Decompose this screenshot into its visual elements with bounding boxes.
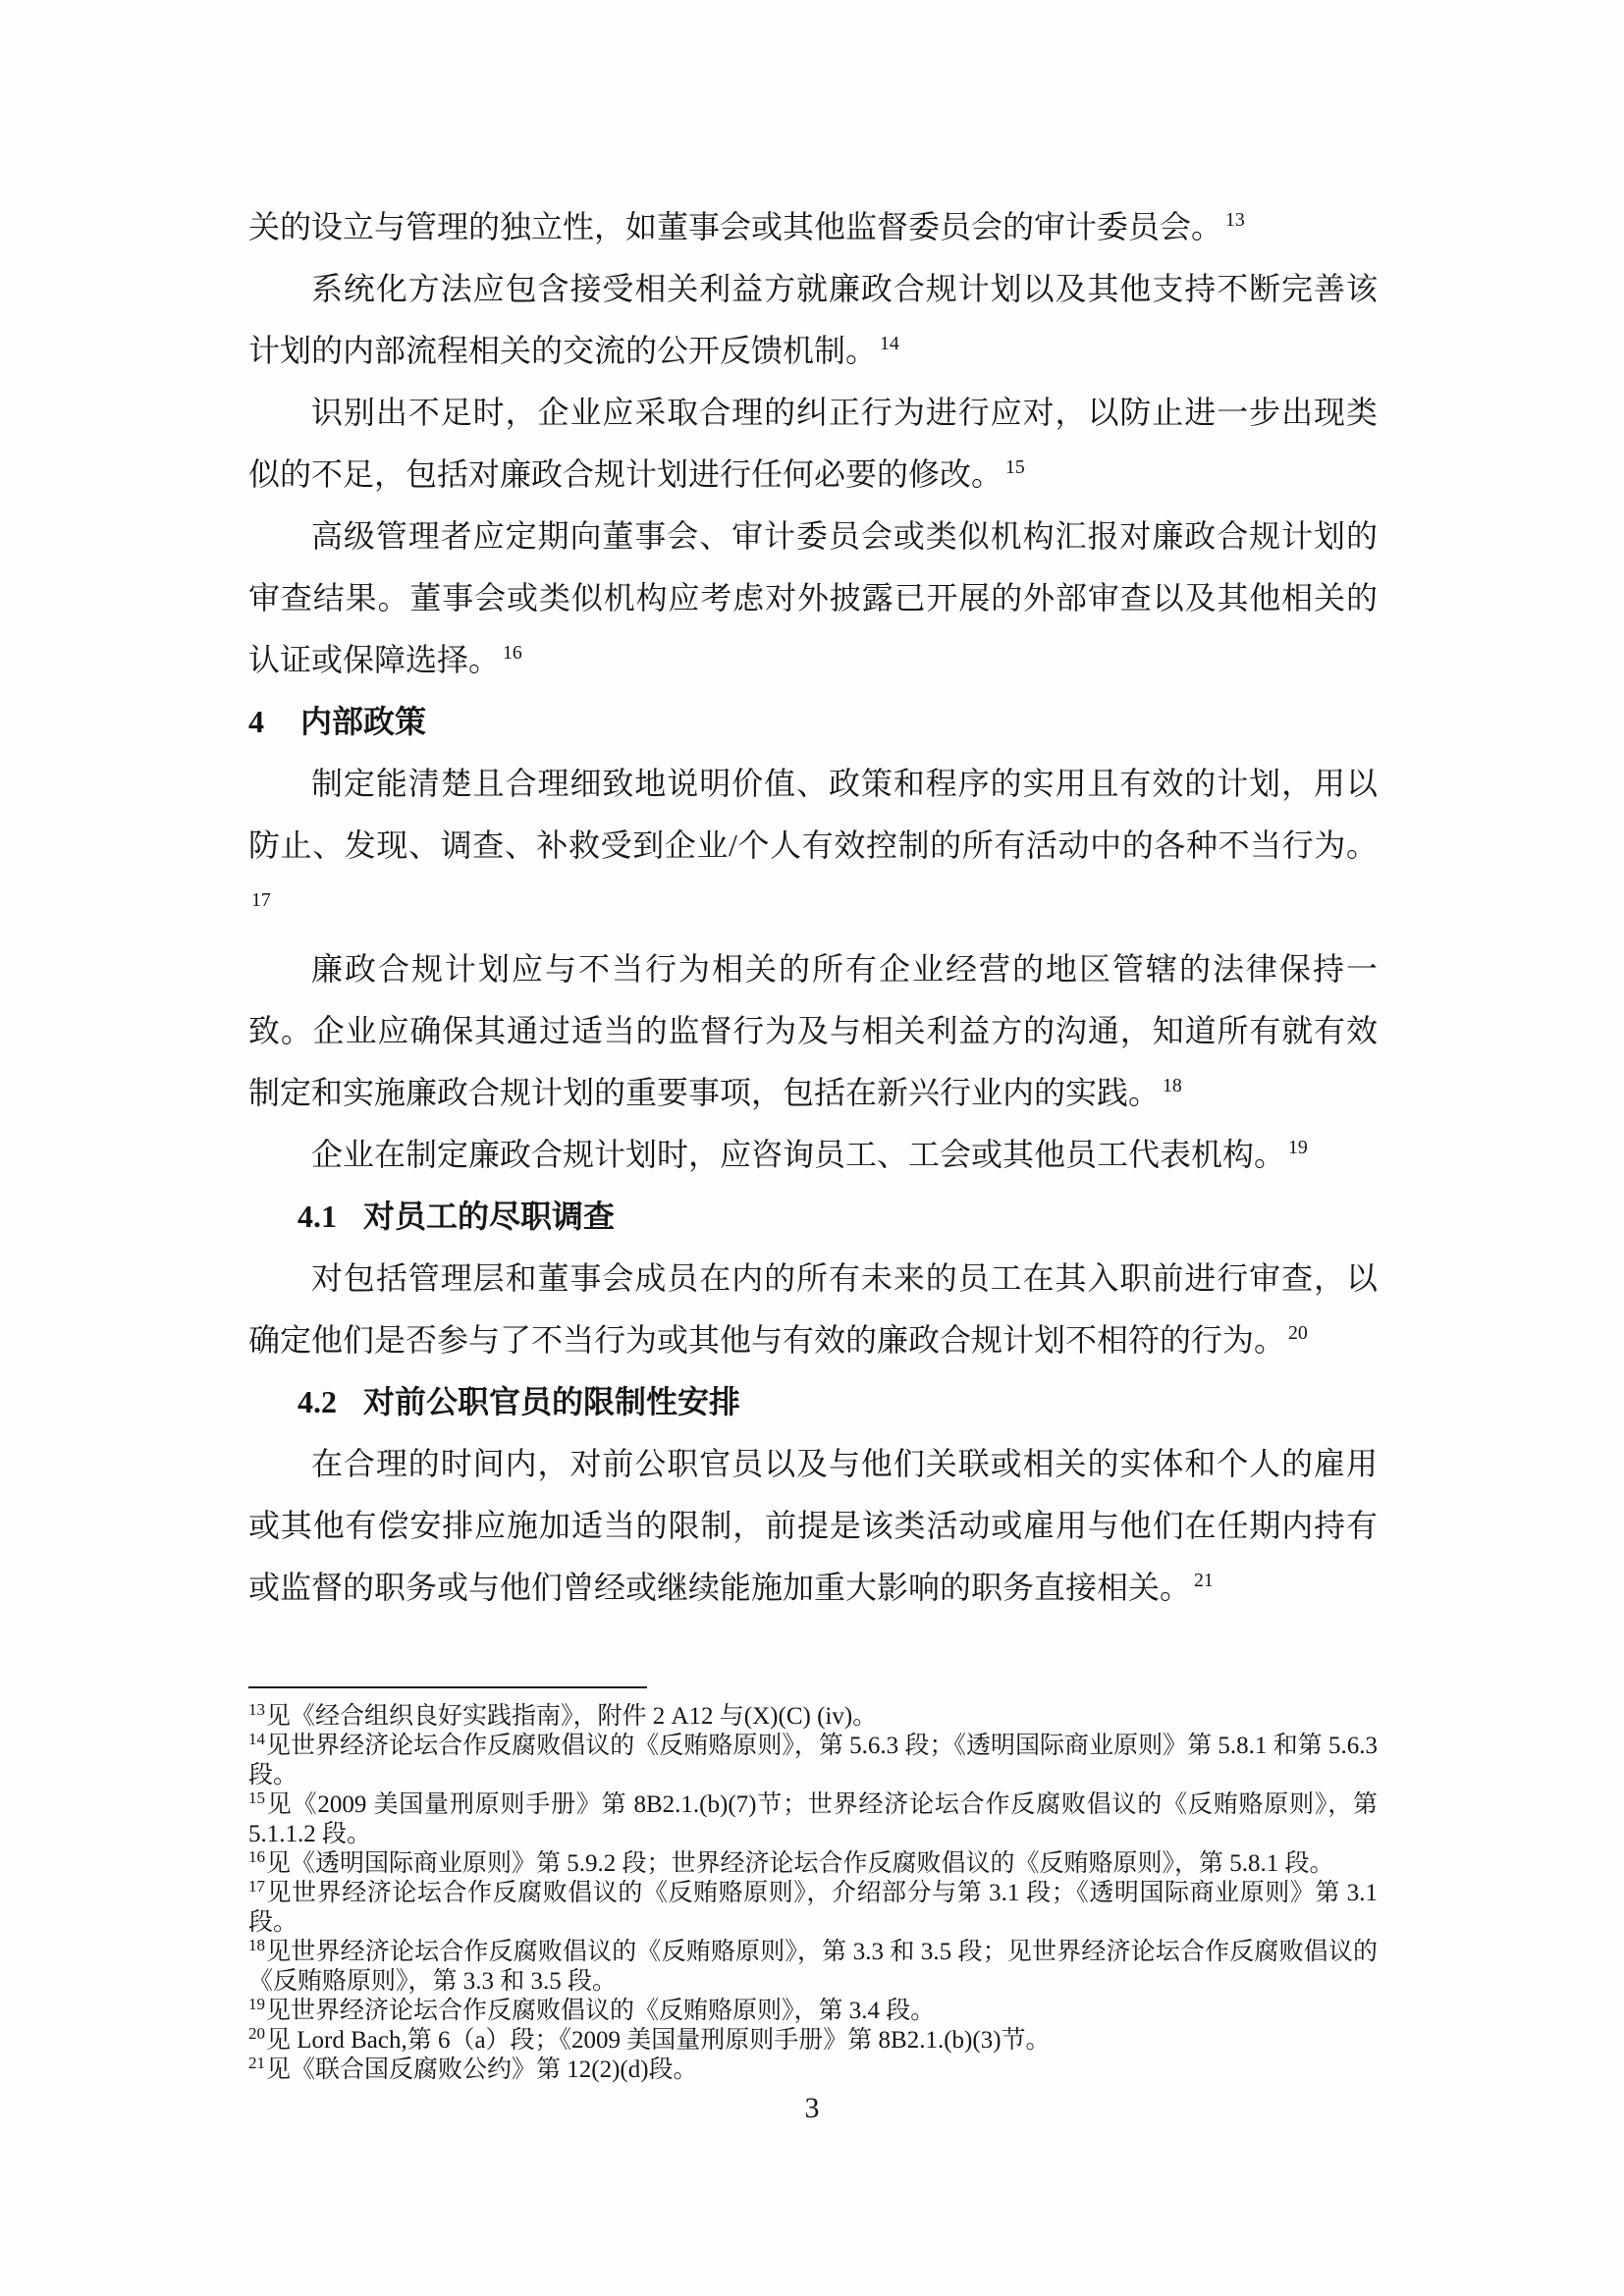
footnote-text: 见世界经济论坛合作反腐败倡议的《反贿赂原则》，第 3.3 和 3.5 段；见世界… bbox=[248, 1939, 1378, 1995]
footnote: 14见世界经济论坛合作反腐败倡议的《反贿赂原则》，第 5.6.3 段；《透明国际… bbox=[248, 1732, 1378, 1790]
footnote-ref: 13 bbox=[1225, 209, 1245, 231]
footnote: 21见《联合国反腐败公约》第 12(2)(d)段。 bbox=[248, 2056, 1378, 2085]
paragraph: 企业在制定廉政合规计划时，应咨询员工、工会或其他员工代表机构。19 bbox=[248, 1124, 1378, 1186]
section-number: 4 bbox=[248, 691, 264, 753]
footnote-ref: 15 bbox=[1005, 456, 1025, 478]
footnote-ref: 18 bbox=[1163, 1075, 1182, 1096]
footnote-text: 见《透明国际商业原则》第 5.9.2 段；世界经济论坛合作反腐败倡议的《反贿赂原… bbox=[266, 1850, 1334, 1877]
paragraph-text: 对包括管理层和董事会成员在内的所有未来的员工在其入职前进行审查，以确定他们是否参… bbox=[248, 1260, 1378, 1358]
footnote-text: 见 Lord Bach,第 6（a）段；《2009 美国量刑原则手册》第 8B2… bbox=[266, 2027, 1051, 2054]
document-page: 关的设立与管理的独立性，如董事会或其他监督委员会的审计委员会。13 系统化方法应… bbox=[0, 0, 1624, 2296]
footnote: 17见世界经济论坛合作反腐败倡议的《反贿赂原则》，介绍部分与第 3.1 段；《透… bbox=[248, 1879, 1378, 1938]
footnote-marker: 20 bbox=[248, 2024, 265, 2043]
footnote: 18见世界经济论坛合作反腐败倡议的《反贿赂原则》，第 3.3 和 3.5 段；见… bbox=[248, 1938, 1378, 1997]
subsection-number: 4.2 bbox=[298, 1371, 337, 1433]
footnote-separator bbox=[248, 1686, 647, 1688]
footnote-marker: 16 bbox=[248, 1847, 265, 1866]
footnote: 19见世界经济论坛合作反腐败倡议的《反贿赂原则》，第 3.4 段。 bbox=[248, 1997, 1378, 2026]
footnote-ref: 14 bbox=[880, 333, 899, 354]
footnote-text: 见《联合国反腐败公约》第 12(2)(d)段。 bbox=[266, 2056, 698, 2083]
paragraph-text: 企业在制定廉政合规计划时，应咨询员工、工会或其他员工代表机构。 bbox=[311, 1137, 1285, 1172]
footnote-text: 见世界经济论坛合作反腐败倡议的《反贿赂原则》，第 3.4 段。 bbox=[266, 1998, 935, 2024]
footnote-ref: 16 bbox=[503, 642, 522, 664]
footnote-text: 见《2009 美国量刑原则手册》第 8B2.1.(b)(7)节；世界经济论坛合作… bbox=[248, 1791, 1378, 1847]
paragraph-text: 廉政合规计划应与不当行为相关的所有企业经营的地区管辖的法律保持一致。企业应确保其… bbox=[248, 951, 1378, 1110]
footnote: 15见《2009 美国量刑原则手册》第 8B2.1.(b)(7)节；世界经济论坛… bbox=[248, 1790, 1378, 1849]
paragraph-text: 关的设立与管理的独立性，如董事会或其他监督委员会的审计委员会。 bbox=[248, 209, 1222, 244]
footnote-marker: 15 bbox=[248, 1789, 265, 1807]
paragraph: 制定能清楚且合理细致地说明价值、政策和程序的实用且有效的计划，用以防止、发现、调… bbox=[248, 753, 1378, 938]
footnote-marker: 14 bbox=[248, 1730, 265, 1748]
footnote-marker: 17 bbox=[248, 1877, 265, 1896]
footnote: 16见《透明国际商业原则》第 5.9.2 段；世界经济论坛合作反腐败倡议的《反贿… bbox=[248, 1849, 1378, 1879]
paragraph: 高级管理者应定期向董事会、审计委员会或类似机构汇报对廉政合规计划的审查结果。董事… bbox=[248, 506, 1378, 691]
footnote-ref: 21 bbox=[1194, 1570, 1214, 1591]
footnote-section: 13见《经合组织良好实践指南》，附件 2 A12 与(X)(C) (iv)。 1… bbox=[248, 1686, 1378, 2085]
paragraph: 关的设立与管理的独立性，如董事会或其他监督委员会的审计委员会。13 bbox=[248, 196, 1378, 258]
paragraph-text: 系统化方法应包含接受相关利益方就廉政合规计划以及其他支持不断完善该计划的内部流程… bbox=[248, 271, 1378, 368]
footnote-marker: 19 bbox=[248, 1995, 265, 2013]
section-heading: 4内部政策 bbox=[248, 691, 1378, 753]
paragraph: 识别出不足时，企业应采取合理的纠正行为进行应对，以防止进一步出现类似的不足，包括… bbox=[248, 382, 1378, 506]
footnote: 13见《经合组织良好实践指南》，附件 2 A12 与(X)(C) (iv)。 bbox=[248, 1702, 1378, 1732]
paragraph-text: 识别出不足时，企业应采取合理的纠正行为进行应对，以防止进一步出现类似的不足，包括… bbox=[248, 395, 1378, 492]
subsection-heading: 4.1对员工的尽职调查 bbox=[248, 1186, 1378, 1248]
subsection-title: 对员工的尽职调查 bbox=[363, 1199, 615, 1234]
subsection-heading: 4.2对前公职官员的限制性安排 bbox=[248, 1371, 1378, 1433]
footnote-text: 见世界经济论坛合作反腐败倡议的《反贿赂原则》，介绍部分与第 3.1 段；《透明国… bbox=[248, 1880, 1378, 1936]
paragraph: 系统化方法应包含接受相关利益方就廉政合规计划以及其他支持不断完善该计划的内部流程… bbox=[248, 258, 1378, 382]
paragraph: 廉政合规计划应与不当行为相关的所有企业经营的地区管辖的法律保持一致。企业应确保其… bbox=[248, 938, 1378, 1124]
paragraph: 对包括管理层和董事会成员在内的所有未来的员工在其入职前进行审查，以确定他们是否参… bbox=[248, 1248, 1378, 1371]
footnote-ref: 20 bbox=[1288, 1322, 1308, 1344]
footnote-marker: 18 bbox=[248, 1936, 265, 1954]
footnote-text: 见世界经济论坛合作反腐败倡议的《反贿赂原则》，第 5.6.3 段；《透明国际商业… bbox=[248, 1733, 1378, 1789]
paragraph-text: 高级管理者应定期向董事会、审计委员会或类似机构汇报对廉政合规计划的审查结果。董事… bbox=[248, 518, 1378, 677]
body-text-column: 关的设立与管理的独立性，如董事会或其他监督委员会的审计委员会。13 系统化方法应… bbox=[248, 196, 1378, 1619]
subsection-number: 4.1 bbox=[298, 1186, 337, 1248]
footnote-ref: 19 bbox=[1288, 1137, 1308, 1158]
footnote-ref: 17 bbox=[251, 889, 271, 911]
page-number: 3 bbox=[0, 2089, 1624, 2128]
footnote-marker: 13 bbox=[248, 1700, 265, 1719]
subsection-title: 对前公职官员的限制性安排 bbox=[363, 1384, 740, 1419]
paragraph: 在合理的时间内，对前公职官员以及与他们关联或相关的实体和个人的雇用或其他有偿安排… bbox=[248, 1433, 1378, 1619]
section-title: 内部政策 bbox=[300, 704, 426, 739]
paragraph-text: 制定能清楚且合理细致地说明价值、政策和程序的实用且有效的计划，用以防止、发现、调… bbox=[248, 766, 1378, 863]
footnote: 20见 Lord Bach,第 6（a）段；《2009 美国量刑原则手册》第 8… bbox=[248, 2026, 1378, 2056]
footnote-marker: 21 bbox=[248, 2054, 265, 2072]
footnote-text: 见《经合组织良好实践指南》，附件 2 A12 与(X)(C) (iv)。 bbox=[266, 1703, 877, 1730]
